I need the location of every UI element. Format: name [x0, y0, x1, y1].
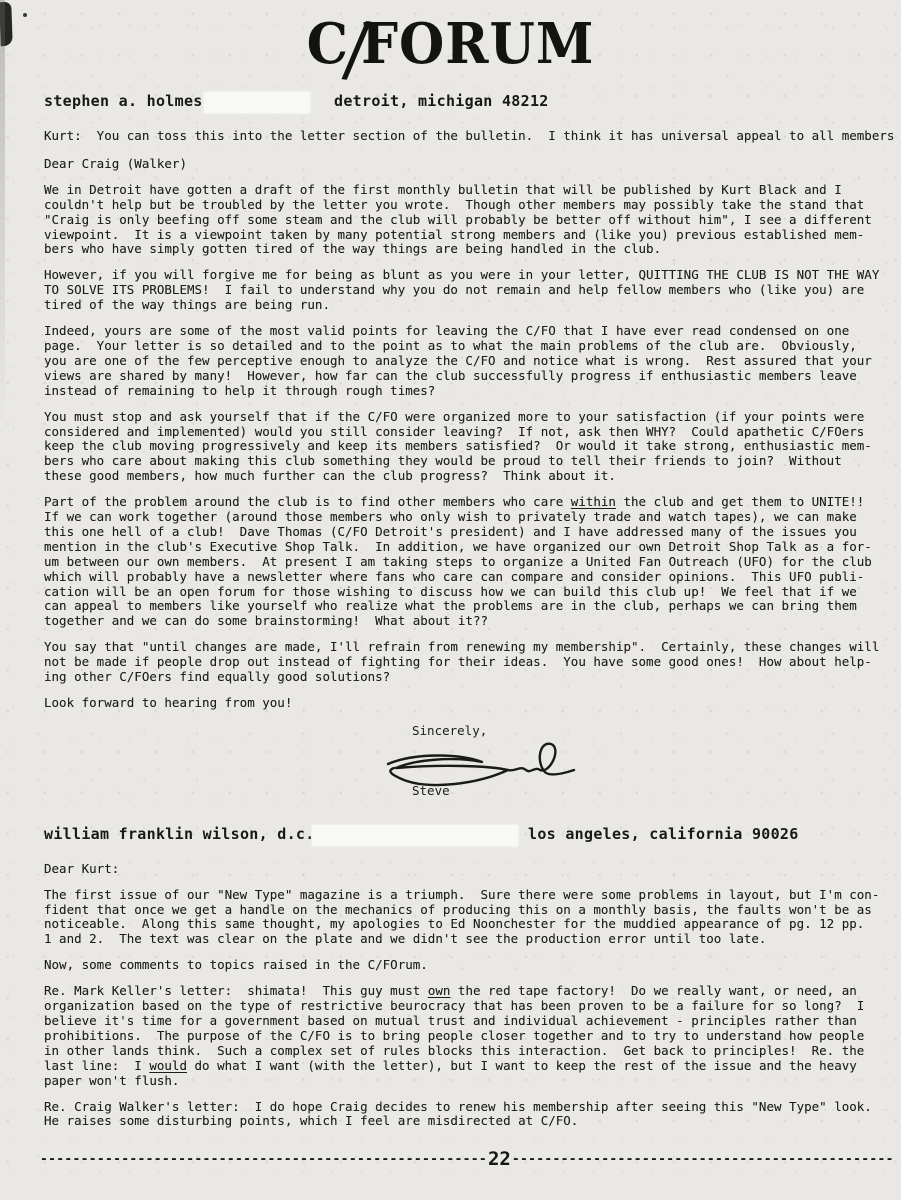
letter1-editor-note: Kurt: You can toss this into the letter … — [44, 129, 901, 144]
letter1-paragraph-7: Look forward to hearing from you! — [44, 696, 901, 711]
letter2-p3-underlined-own: own — [428, 983, 451, 998]
letter1-salutation: Dear Craig (Walker) — [44, 157, 901, 172]
letter1-p5-text-cont: the club and get them to UNITE!! If we c… — [44, 494, 872, 628]
scan-artifact-speck — [23, 13, 27, 17]
scan-edge-shadow — [0, 0, 5, 430]
footer-dashes-right: ----------------------------------------… — [512, 1152, 895, 1167]
letter2-redacted-address — [312, 825, 518, 846]
letter1-signed-name: Steve — [412, 784, 901, 799]
letter1-paragraph-5: Part of the problem around the club is t… — [44, 495, 901, 629]
page-footer: ----------------------------------------… — [40, 1148, 895, 1170]
scanned-fanzine-page: C/FORUM stephen a. holmes detroit, michi… — [0, 0, 901, 1200]
letter1-paragraph-6: You say that "until changes are made, I'… — [44, 640, 901, 685]
letter2-p3-underlined-would: would — [149, 1058, 187, 1073]
masthead: C/FORUM — [0, 0, 901, 92]
letter1-p5-underlined-word: within — [571, 494, 616, 509]
letter2-paragraph-4: Re. Craig Walker's letter: I do hope Cra… — [44, 1100, 901, 1130]
letter1-paragraph-2: However, if you will forgive me for bein… — [44, 268, 901, 313]
letter2-author: william franklin wilson, d.c. — [44, 825, 315, 843]
letter2-paragraph-1: The first issue of our "New Type" magazi… — [44, 888, 901, 948]
letter2-header: william franklin wilson, d.c. los angele… — [0, 825, 901, 849]
letter1-author: stephen a. holmes — [44, 92, 203, 110]
letter1-paragraph-1: We in Detroit have gotten a draft of the… — [44, 183, 901, 258]
letter1-closing: Sincerely, — [412, 724, 901, 739]
page-number: 22 — [487, 1148, 512, 1170]
letter2-location: los angeles, california 90026 — [528, 825, 799, 843]
letter1-p5-text: Part of the problem around the club is t… — [44, 494, 571, 509]
letter2-paragraph-2: Now, some comments to topics raised in t… — [44, 958, 901, 973]
letter2-salutation: Dear Kurt: — [44, 862, 901, 877]
letter1-header: stephen a. holmes detroit, michigan 4821… — [0, 92, 901, 116]
logo-forum: FORUM — [361, 11, 594, 77]
letter2-paragraph-3: Re. Mark Keller's letter: shimata! This … — [44, 984, 901, 1088]
cforum-logo: C/FORUM — [307, 9, 595, 85]
letter1-paragraph-4: You must stop and ask yourself that if t… — [44, 410, 901, 485]
handwritten-signature — [372, 740, 602, 790]
letter1-location: detroit, michigan 48212 — [334, 92, 549, 110]
footer-dashes-left: ----------------------------------------… — [40, 1152, 487, 1167]
letter2-p3-text: Re. Mark Keller's letter: shimata! This … — [44, 983, 428, 998]
letter1-paragraph-3: Indeed, yours are some of the most valid… — [44, 324, 901, 399]
letter1-redacted-address — [204, 92, 310, 113]
